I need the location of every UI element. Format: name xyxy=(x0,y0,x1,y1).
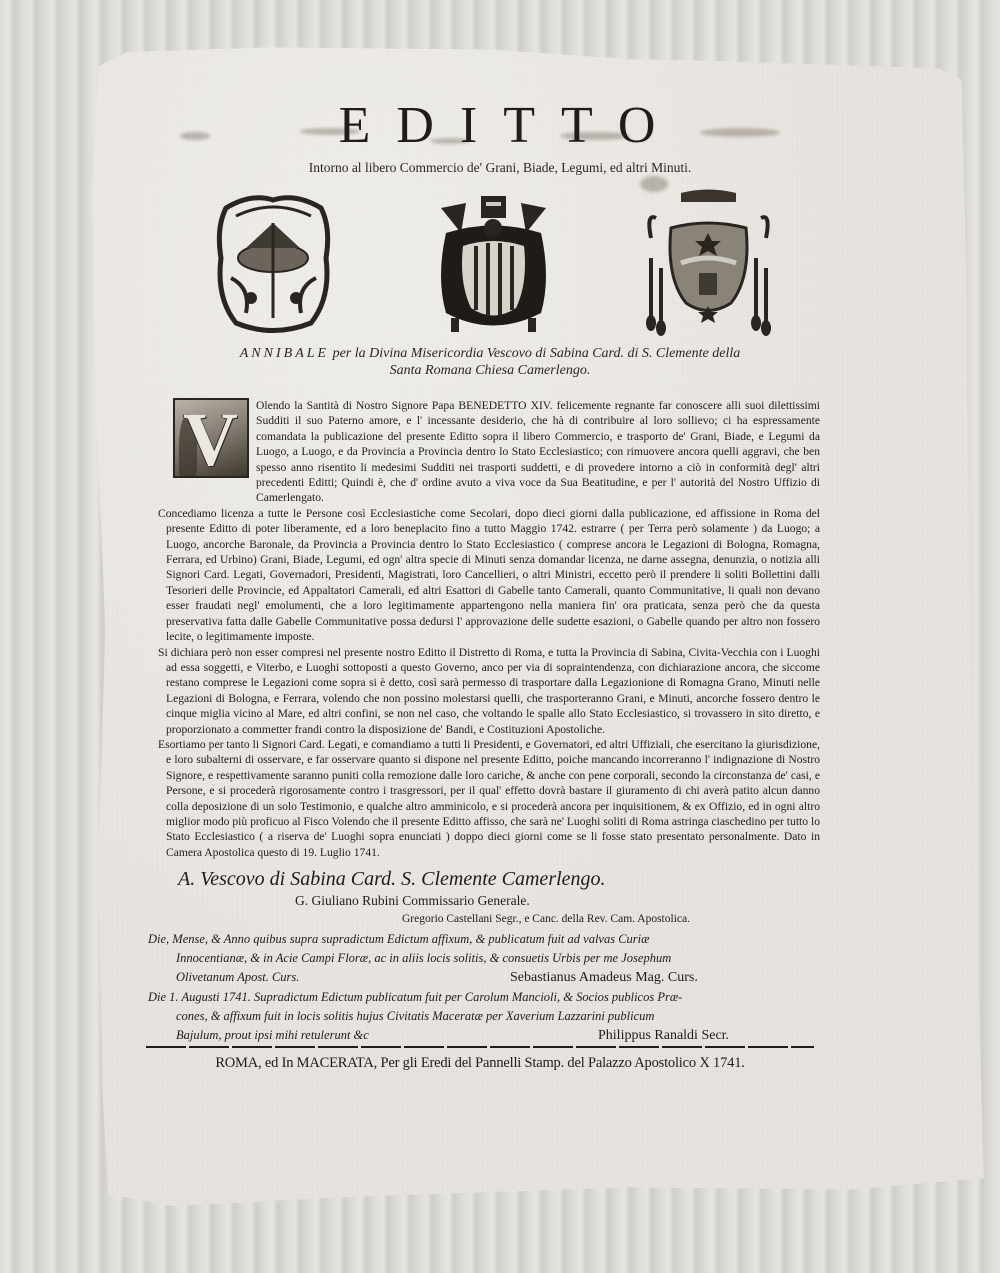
issuer-name: ANNIBALE xyxy=(240,346,329,361)
attestation2-line1: Die 1. Augusti 1741. Supradictum Edictum… xyxy=(148,988,820,1007)
attestation1-line2: Innocentianæ, & in Acie Campi Floræ, ac … xyxy=(148,949,820,968)
attestation1-line1: Die, Mense, & Anno quibus supra supradic… xyxy=(148,930,820,949)
attestation2-signer: Philippus Ranaldi Secr. xyxy=(598,1026,729,1045)
body-paragraph-4: Esortiamo per tanto li Signori Card. Leg… xyxy=(158,737,820,860)
secretary-signature: Gregorio Castellani Segr., e Canc. della… xyxy=(402,913,690,925)
document-subtitle: Intorno al libero Commercio de' Grani, B… xyxy=(250,160,750,176)
issuer-heading: ANNIBALE per la Divina Misericordia Vesc… xyxy=(170,345,810,379)
body-paragraph-3: Si dichiara però non esser compresi nel … xyxy=(158,645,820,737)
bishop-arms-icon xyxy=(638,185,778,340)
divider-rule xyxy=(146,1046,814,1048)
body-paragraph-2: Concediamo licenza a tutte le Persone co… xyxy=(158,506,820,645)
edict-body: Olendo la Santità di Nostro Signore Papa… xyxy=(158,398,820,860)
papal-arms-icon xyxy=(428,185,558,340)
body-paragraph-1: Olendo la Santità di Nostro Signore Papa… xyxy=(256,398,820,506)
attestation1-line3: Olivetanum Apost. Curs. xyxy=(148,968,820,987)
commissioner-signature: G. Giuliano Rubini Commissario Generale. xyxy=(295,893,530,909)
printer-imprint: ROMA, ed In MACERATA, Per gli Eredi del … xyxy=(150,1055,810,1072)
issuer-line1: per la Divina Misericordia Vescovo di Sa… xyxy=(333,346,741,361)
camerlengo-signature: A. Vescovo di Sabina Card. S. Clemente C… xyxy=(178,868,606,891)
cardinal-camerlengo-arms-icon xyxy=(203,185,343,340)
issuer-line2: Santa Romana Chiesa Camerlengo. xyxy=(170,362,810,379)
attestation1-signer: Sebastianus Amadeus Mag. Curs. xyxy=(510,968,698,987)
document-title: EDITTO xyxy=(0,96,1000,155)
attestation2-line2: cones, & affixum fuit in locis solitis h… xyxy=(148,1007,820,1026)
rome-publication-attestation: Die, Mense, & Anno quibus supra supradic… xyxy=(148,930,820,987)
macerata-publication-attestation: Die 1. Augusti 1741. Supradictum Edictum… xyxy=(148,988,820,1045)
